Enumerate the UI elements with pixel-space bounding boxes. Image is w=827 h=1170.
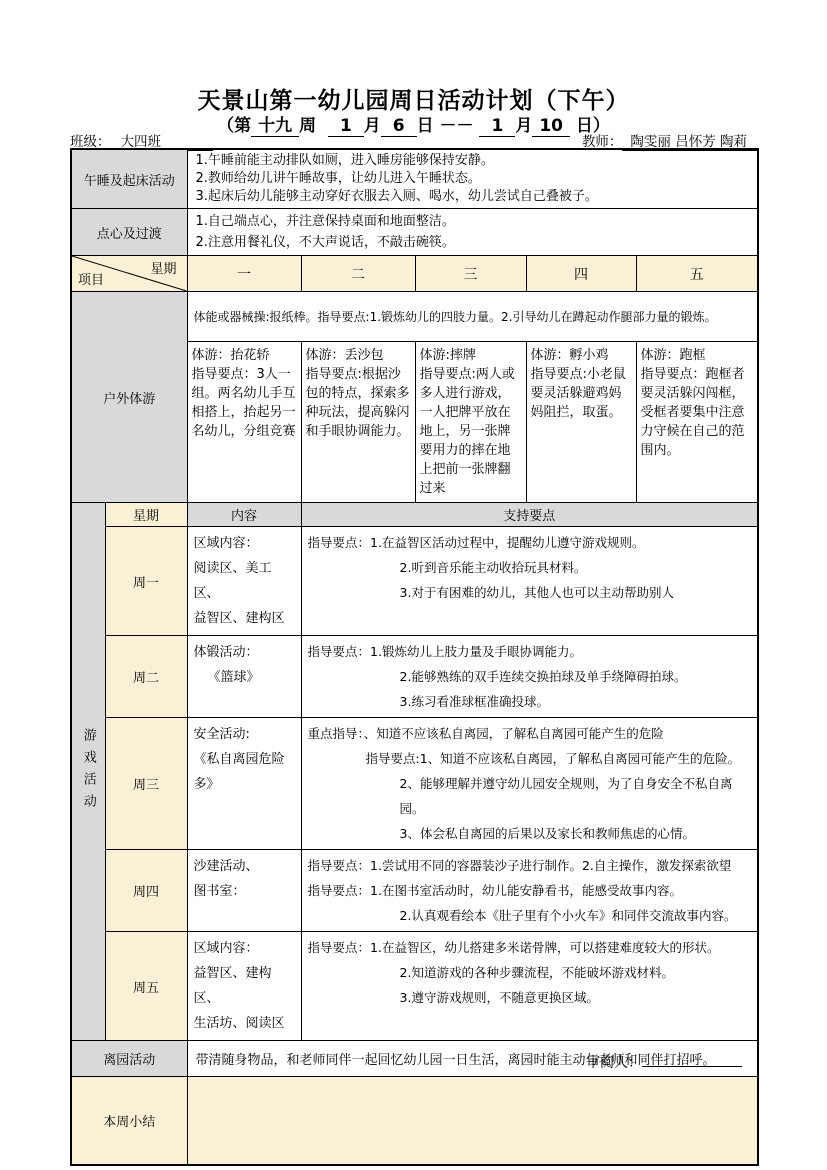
outdoor-common-row: 户外体游 体能或器械操:报纸棒。指导要点:1.锻炼幼儿的四肢力量。2.引导幼儿在… (71, 292, 758, 342)
content-line: 图书室： (194, 879, 295, 904)
nap-label: 午睡及起床活动 (71, 149, 187, 209)
content-cell-fri: 区域内容： 益智区、建构区、 生活坊、阅读区 (187, 932, 301, 1041)
support-line: 指导要点：1.锻炼幼儿上肢力量及手眼协调能力。 (308, 639, 752, 664)
activity-body: 指导要点：跑框者要灵活躲闪闯框，受框者要集中注意力守候在自己的范围内。 (641, 365, 754, 460)
content-line: 生活坊、阅读区 (194, 1011, 295, 1036)
support-line: 指导要点:1、知道不应该私自离园，了解私自离园可能产生的危险。 (308, 746, 752, 771)
day-header-thu: 四 (526, 256, 636, 292)
snack-content: 1.自己端点心，并注意保持桌面和地面整洁。 2.注意用餐礼仪，不大声说话，不敲击… (187, 209, 758, 256)
document-page: 天景山第一幼儿园周日活动计划（下午） （第十九周 1月6日 －－ 1月10 日）… (0, 0, 827, 1170)
activity-body: 指导要点:根据沙包的特点，探索多种玩法，提高躲闪和手眼协调能力。 (306, 365, 411, 441)
summary-row: 本周小结 (71, 1077, 758, 1165)
nap-row: 午睡及起床活动 1.午睡前能主动排队如厕，进入睡房能够保持安静。 2.教师给幼儿… (71, 149, 758, 209)
day-label-mon: 周一 (105, 527, 187, 636)
outdoor-activity-wed: 体游:摔牌 指导要点:两人或多人进行游戏，一人把牌平放在地上，另一张牌要用力的摔… (415, 342, 526, 503)
class-field: 班级：大四班 (70, 130, 213, 150)
summary-content (187, 1077, 758, 1165)
content-line: 区域内容： (194, 531, 295, 556)
activity-body: 指导要点:小老鼠要灵活躲避鸡妈妈阻拦，取蛋。 (531, 365, 632, 422)
reviewer-line: 审阅人： (70, 1052, 742, 1072)
content-cell-wed: 安全活动: 《私自离园危险 多》 (187, 718, 301, 850)
support-line: 指导要点：1.在图书室活动时，幼儿能安静看书，能感受故事内容。 (308, 878, 752, 903)
support-cell-thu: 指导要点：1.尝试用不同的容器装沙子进行制作。2.自主操作，激发探索欲望 指导要… (301, 850, 758, 932)
nap-content: 1.午睡前能主动排队如厕，进入睡房能够保持安静。 2.教师给幼儿讲午睡故事，让幼… (187, 149, 758, 209)
activity-body: 指导要点：3人一组。两名幼儿手互相搭上，抬起另一名幼儿，分组竞赛 (192, 365, 297, 441)
support-cell-tue: 指导要点：1.锻炼幼儿上肢力量及手眼协调能力。 2.能够熟练的双手连续交换拍球及… (301, 636, 758, 718)
day-header-fri: 五 (636, 256, 758, 292)
content-line: 《篮球》 (194, 665, 295, 690)
day-label-fri: 周五 (105, 932, 187, 1041)
nap-line: 2.教师给幼儿讲午睡故事，让幼儿进入午睡状态。 (196, 170, 750, 188)
outdoor-activity-fri: 体游：跑框 指导要点：跑框者要灵活躲闪闯框，受框者要集中注意力守候在自己的范围内… (636, 342, 758, 503)
support-line: 指导要点：1.在益智区，幼儿搭建多米诺骨牌，可以搭建难度较大的形状。 (308, 935, 752, 960)
content-line: 体锻活动： (194, 640, 295, 665)
content-line: 区域内容： (194, 936, 295, 961)
support-line: 2.认真观看绘本《肚子里有个小火车》和同伴交流故事内容。 (308, 903, 752, 928)
content-cell-thu: 沙建活动、 图书室： (187, 850, 301, 932)
content-line: 安全活动: (194, 722, 295, 747)
support-line: 2.听到音乐能主动收拾玩具材料。 (308, 555, 752, 580)
content-line: 益智区、建构区 (194, 606, 295, 631)
games-row-fri: 周五 区域内容： 益智区、建构区、 生活坊、阅读区 指导要点：1.在益智区，幼儿… (71, 932, 758, 1041)
games-header-support: 支持要点 (301, 503, 758, 527)
support-line: 指导要点：1.尝试用不同的容器装沙子进行制作。2.自主操作，激发探索欲望 (308, 853, 752, 878)
nap-line: 3.起床后幼儿能够主动穿好衣服去入厕、喝水，幼儿尝试自己叠被子。 (196, 188, 750, 206)
support-line: 指导要点：1.在益智区活动过程中，提醒幼儿遵守游戏规则。 (308, 530, 752, 555)
snack-label: 点心及过渡 (71, 209, 187, 256)
snack-row: 点心及过渡 1.自己端点心，并注意保持桌面和地面整洁。 2.注意用餐礼仪，不大声… (71, 209, 758, 256)
outdoor-activity-mon: 体游：抬花轿 指导要点：3人一组。两名幼儿手互相搭上，抬起另一名幼儿，分组竞赛 (187, 342, 301, 503)
summary-label: 本周小结 (71, 1077, 187, 1165)
reviewer-label: 审阅人： (586, 1055, 642, 1071)
content-cell-tue: 体锻活动： 《篮球》 (187, 636, 301, 718)
games-header-row: 游戏活动 星期 内容 支持要点 (71, 503, 758, 527)
corner-item-label: 项目 (78, 269, 104, 288)
reviewer-signature-blank (642, 1052, 742, 1067)
support-line: 3、体会私自离园的后果以及家长和教师焦虑的心情。 (308, 821, 752, 846)
support-line: 2.知道游戏的各种步骤流程，不能破坏游戏材料。 (308, 960, 752, 985)
day-header-mon: 一 (187, 256, 301, 292)
outdoor-activity-thu: 体游：孵小鸡 指导要点:小老鼠要灵活躲避鸡妈妈阻拦，取蛋。 (526, 342, 636, 503)
day-header-tue: 二 (301, 256, 415, 292)
outdoor-activity-tue: 体游：丢沙包 指导要点:根据沙包的特点，探索多种玩法，提高躲闪和手眼协调能力。 (301, 342, 415, 503)
content-line: 阅读区、美工区、 (194, 556, 295, 606)
support-line: 2、能够理解并遵守幼儿园安全规则，为了自身安全不私自离园。 (308, 771, 752, 821)
games-section-label: 游戏活动 (71, 503, 105, 1041)
corner-week-label: 星期 (151, 258, 177, 277)
support-line: 重点指导：、知道不应该私自离园，了解私自离园可能产生的危险 (308, 721, 752, 746)
support-cell-fri: 指导要点：1.在益智区，幼儿搭建多米诺骨牌，可以搭建难度较大的形状。 2.知道游… (301, 932, 758, 1041)
content-line: 益智区、建构区、 (194, 961, 295, 1011)
outdoor-label: 户外体游 (71, 292, 187, 503)
support-line: 3.遵守游戏规则，不随意更换区域。 (308, 985, 752, 1010)
activity-plan-table: 午睡及起床活动 1.午睡前能主动排队如厕，进入睡房能够保持安静。 2.教师给幼儿… (70, 148, 759, 1166)
snack-line: 2.注意用餐礼仪，不大声说话，不敲击碗筷。 (196, 232, 750, 253)
content-line: 多》 (194, 772, 295, 797)
activity-title: 体游：跑框 (641, 346, 754, 365)
activity-title: 体游：孵小鸡 (531, 346, 632, 365)
snack-line: 1.自己端点心，并注意保持桌面和地面整洁。 (196, 211, 750, 232)
games-row-tue: 周二 体锻活动： 《篮球》 指导要点：1.锻炼幼儿上肢力量及手眼协调能力。 2.… (71, 636, 758, 718)
games-header-week: 星期 (105, 503, 187, 527)
support-cell-wed: 重点指导：、知道不应该私自离园，了解私自离园可能产生的危险 指导要点:1、知道不… (301, 718, 758, 850)
activity-body: 指导要点:两人或多人进行游戏，一人把牌平放在地上，另一张牌要用力的摔在地上把前一… (420, 365, 522, 498)
nap-line: 1.午睡前能主动排队如厕，进入睡房能够保持安静。 (196, 152, 750, 170)
content-line: 沙建活动、 (194, 854, 295, 879)
teacher-field: 教师：陶雯丽 吕怀芳 陶莉 (582, 130, 757, 150)
class-teacher-row: 班级：大四班 教师：陶雯丽 吕怀芳 陶莉 (70, 130, 757, 150)
games-header-content: 内容 (187, 503, 301, 527)
games-row-thu: 周四 沙建活动、 图书室： 指导要点：1.尝试用不同的容器装沙子进行制作。2.自… (71, 850, 758, 932)
activity-title: 体游:摔牌 (420, 346, 522, 365)
games-row-mon: 周一 区域内容： 阅读区、美工区、 益智区、建构区 指导要点：1.在益智区活动过… (71, 527, 758, 636)
activity-title: 体游：丢沙包 (306, 346, 411, 365)
day-header-wed: 三 (415, 256, 526, 292)
corner-header-cell: 星期 项目 (71, 256, 187, 292)
content-line: 《私自离园危险 (194, 747, 295, 772)
day-label-wed: 周三 (105, 718, 187, 850)
support-line: 3.练习看准球框准确投球。 (308, 689, 752, 714)
day-label-tue: 周二 (105, 636, 187, 718)
day-label-thu: 周四 (105, 850, 187, 932)
support-line: 2.能够熟练的双手连续交换拍球及单手绕障碍拍球。 (308, 664, 752, 689)
support-cell-mon: 指导要点：1.在益智区活动过程中，提醒幼儿遵守游戏规则。 2.听到音乐能主动收拾… (301, 527, 758, 636)
activity-title: 体游：抬花轿 (192, 346, 297, 365)
games-row-wed: 周三 安全活动: 《私自离园危险 多》 重点指导：、知道不应该私自离园，了解私自… (71, 718, 758, 850)
weekday-header-row: 星期 项目 一 二 三 四 五 (71, 256, 758, 292)
content-cell-mon: 区域内容： 阅读区、美工区、 益智区、建构区 (187, 527, 301, 636)
support-line: 3.对于有困难的幼儿，其他人也可以主动帮助别人 (308, 580, 752, 605)
outdoor-common-text: 体能或器械操:报纸棒。指导要点:1.锻炼幼儿的四肢力量。2.引导幼儿在蹲起动作腿… (187, 292, 758, 342)
